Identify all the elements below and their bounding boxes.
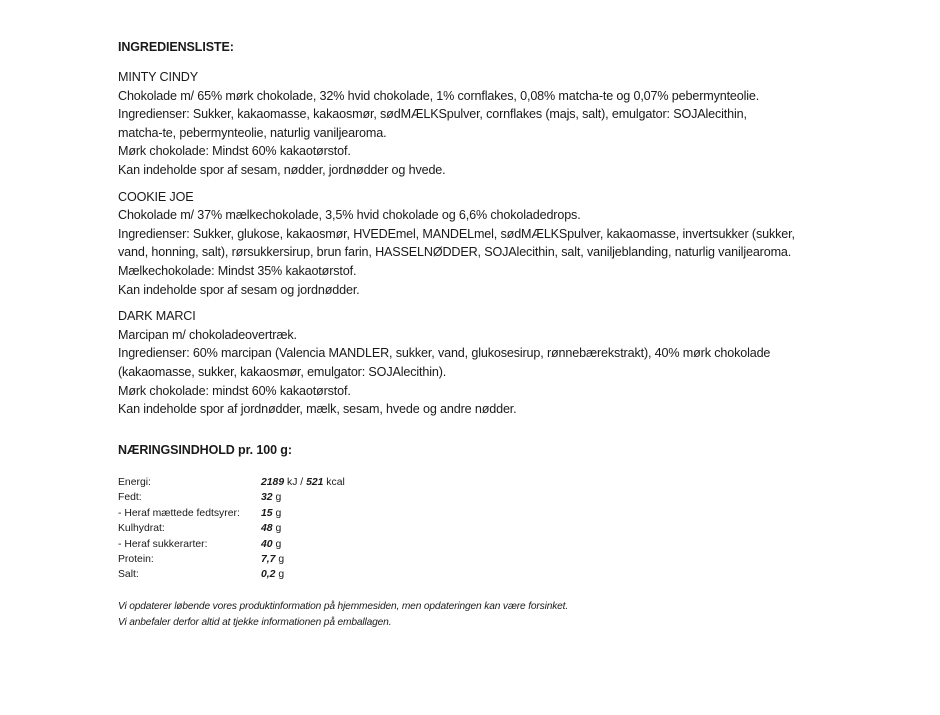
disclaimer-line: Vi opdaterer løbende vores produktinform… bbox=[118, 599, 568, 615]
product-ingredients: Ingredienser: Sukker, glukose, kakaosmør… bbox=[118, 225, 898, 244]
product-minty-cindy: MINTY CINDY Chokolade m/ 65% mørk chokol… bbox=[118, 68, 898, 180]
nutrition-label: - Heraf sukkerarter: bbox=[118, 537, 261, 552]
value-unit: g bbox=[273, 508, 282, 519]
product-dark-marci: DARK MARCI Marcipan m/ chokoladeovertræk… bbox=[118, 307, 898, 419]
value-unit: g bbox=[273, 539, 282, 550]
nutrition-value: 40 g bbox=[261, 537, 345, 552]
ingredients-section: INGREDIENSLISTE: MINTY CINDY Chokolade m… bbox=[118, 38, 898, 427]
nutrition-label: Protein: bbox=[118, 552, 261, 567]
product-cookie-joe: COOKIE JOE Chokolade m/ 37% mælkechokola… bbox=[118, 188, 898, 300]
disclaimer-note: Vi opdaterer løbende vores produktinform… bbox=[118, 599, 568, 630]
nutrition-value: 32 g bbox=[261, 490, 345, 505]
value-number: 32 bbox=[261, 492, 273, 503]
product-cocoa-content: Mørk chokolade: Mindst 60% kakaotørstof. bbox=[118, 142, 898, 161]
nutrition-label: Kulhydrat: bbox=[118, 521, 261, 536]
nutrition-row-salt: Salt: 0,2 g bbox=[118, 567, 345, 582]
product-name: DARK MARCI bbox=[118, 307, 898, 326]
nutrition-row-carbohydrate: Kulhydrat: 48 g bbox=[118, 521, 345, 536]
product-name: COOKIE JOE bbox=[118, 188, 898, 207]
energy-kcal-value: 521 bbox=[306, 477, 323, 488]
product-cocoa-content: Mørk chokolade: mindst 60% kakaotørstof. bbox=[118, 382, 898, 401]
energy-kcal-unit: kcal bbox=[323, 477, 344, 488]
nutrition-label: Fedt: bbox=[118, 490, 261, 505]
value-number: 0,2 bbox=[261, 569, 275, 580]
product-description: Chokolade m/ 65% mørk chokolade, 32% hvi… bbox=[118, 87, 898, 106]
product-name: MINTY CINDY bbox=[118, 68, 898, 87]
product-ingredients-cont: matcha-te, pebermynteolie, naturlig vani… bbox=[118, 124, 898, 143]
product-description: Chokolade m/ 37% mælkechokolade, 3,5% hv… bbox=[118, 206, 898, 225]
nutrition-label: - Heraf mættede fedtsyrer: bbox=[118, 506, 261, 521]
value-unit: g bbox=[273, 492, 282, 503]
product-allergen-note: Kan indeholde spor af jordnødder, mælk, … bbox=[118, 400, 898, 419]
energy-kj-value: 2189 bbox=[261, 477, 284, 488]
nutrition-row-saturated-fat: - Heraf mættede fedtsyrer: 15 g bbox=[118, 506, 345, 521]
product-ingredients: Ingredienser: Sukker, kakaomasse, kakaos… bbox=[118, 105, 898, 124]
product-ingredients: Ingredienser: 60% marcipan (Valencia MAN… bbox=[118, 344, 898, 363]
nutrition-row-sugars: - Heraf sukkerarter: 40 g bbox=[118, 537, 345, 552]
nutrition-row-fat: Fedt: 32 g bbox=[118, 490, 345, 505]
ingredients-heading: INGREDIENSLISTE: bbox=[118, 38, 898, 56]
energy-kj-unit: kJ / bbox=[284, 477, 306, 488]
value-number: 7,7 bbox=[261, 554, 275, 565]
value-unit: g bbox=[273, 523, 282, 534]
product-description: Marcipan m/ chokoladeovertræk. bbox=[118, 326, 898, 345]
nutrition-label: Energi: bbox=[118, 475, 261, 490]
nutrition-table: Energi: 2189 kJ / 521 kcal Fedt: 32 g - … bbox=[118, 475, 345, 583]
nutrition-label: Salt: bbox=[118, 567, 261, 582]
value-number: 40 bbox=[261, 539, 273, 550]
value-number: 15 bbox=[261, 508, 273, 519]
nutrition-value: 48 g bbox=[261, 521, 345, 536]
nutrition-value: 15 g bbox=[261, 506, 345, 521]
value-unit: g bbox=[275, 569, 284, 580]
nutrition-value: 2189 kJ / 521 kcal bbox=[261, 475, 345, 490]
value-number: 48 bbox=[261, 523, 273, 534]
product-cocoa-content: Mælkechokolade: Mindst 35% kakaotørstof. bbox=[118, 262, 898, 281]
product-ingredients-cont: vand, honning, salt), rørsukkersirup, br… bbox=[118, 243, 898, 262]
disclaimer-line: Vi anbefaler derfor altid at tjekke info… bbox=[118, 615, 568, 631]
product-allergen-note: Kan indeholde spor af sesam og jordnødde… bbox=[118, 281, 898, 300]
product-ingredients-cont: (kakaomasse, sukker, kakaosmør, emulgato… bbox=[118, 363, 898, 382]
nutrition-value: 0,2 g bbox=[261, 567, 345, 582]
product-allergen-note: Kan indeholde spor af sesam, nødder, jor… bbox=[118, 161, 898, 180]
nutrition-heading: NÆRINGSINDHOLD pr. 100 g: bbox=[118, 441, 292, 459]
nutrition-row-protein: Protein: 7,7 g bbox=[118, 552, 345, 567]
value-unit: g bbox=[275, 554, 284, 565]
nutrition-value: 7,7 g bbox=[261, 552, 345, 567]
nutrition-row-energy: Energi: 2189 kJ / 521 kcal bbox=[118, 475, 345, 490]
